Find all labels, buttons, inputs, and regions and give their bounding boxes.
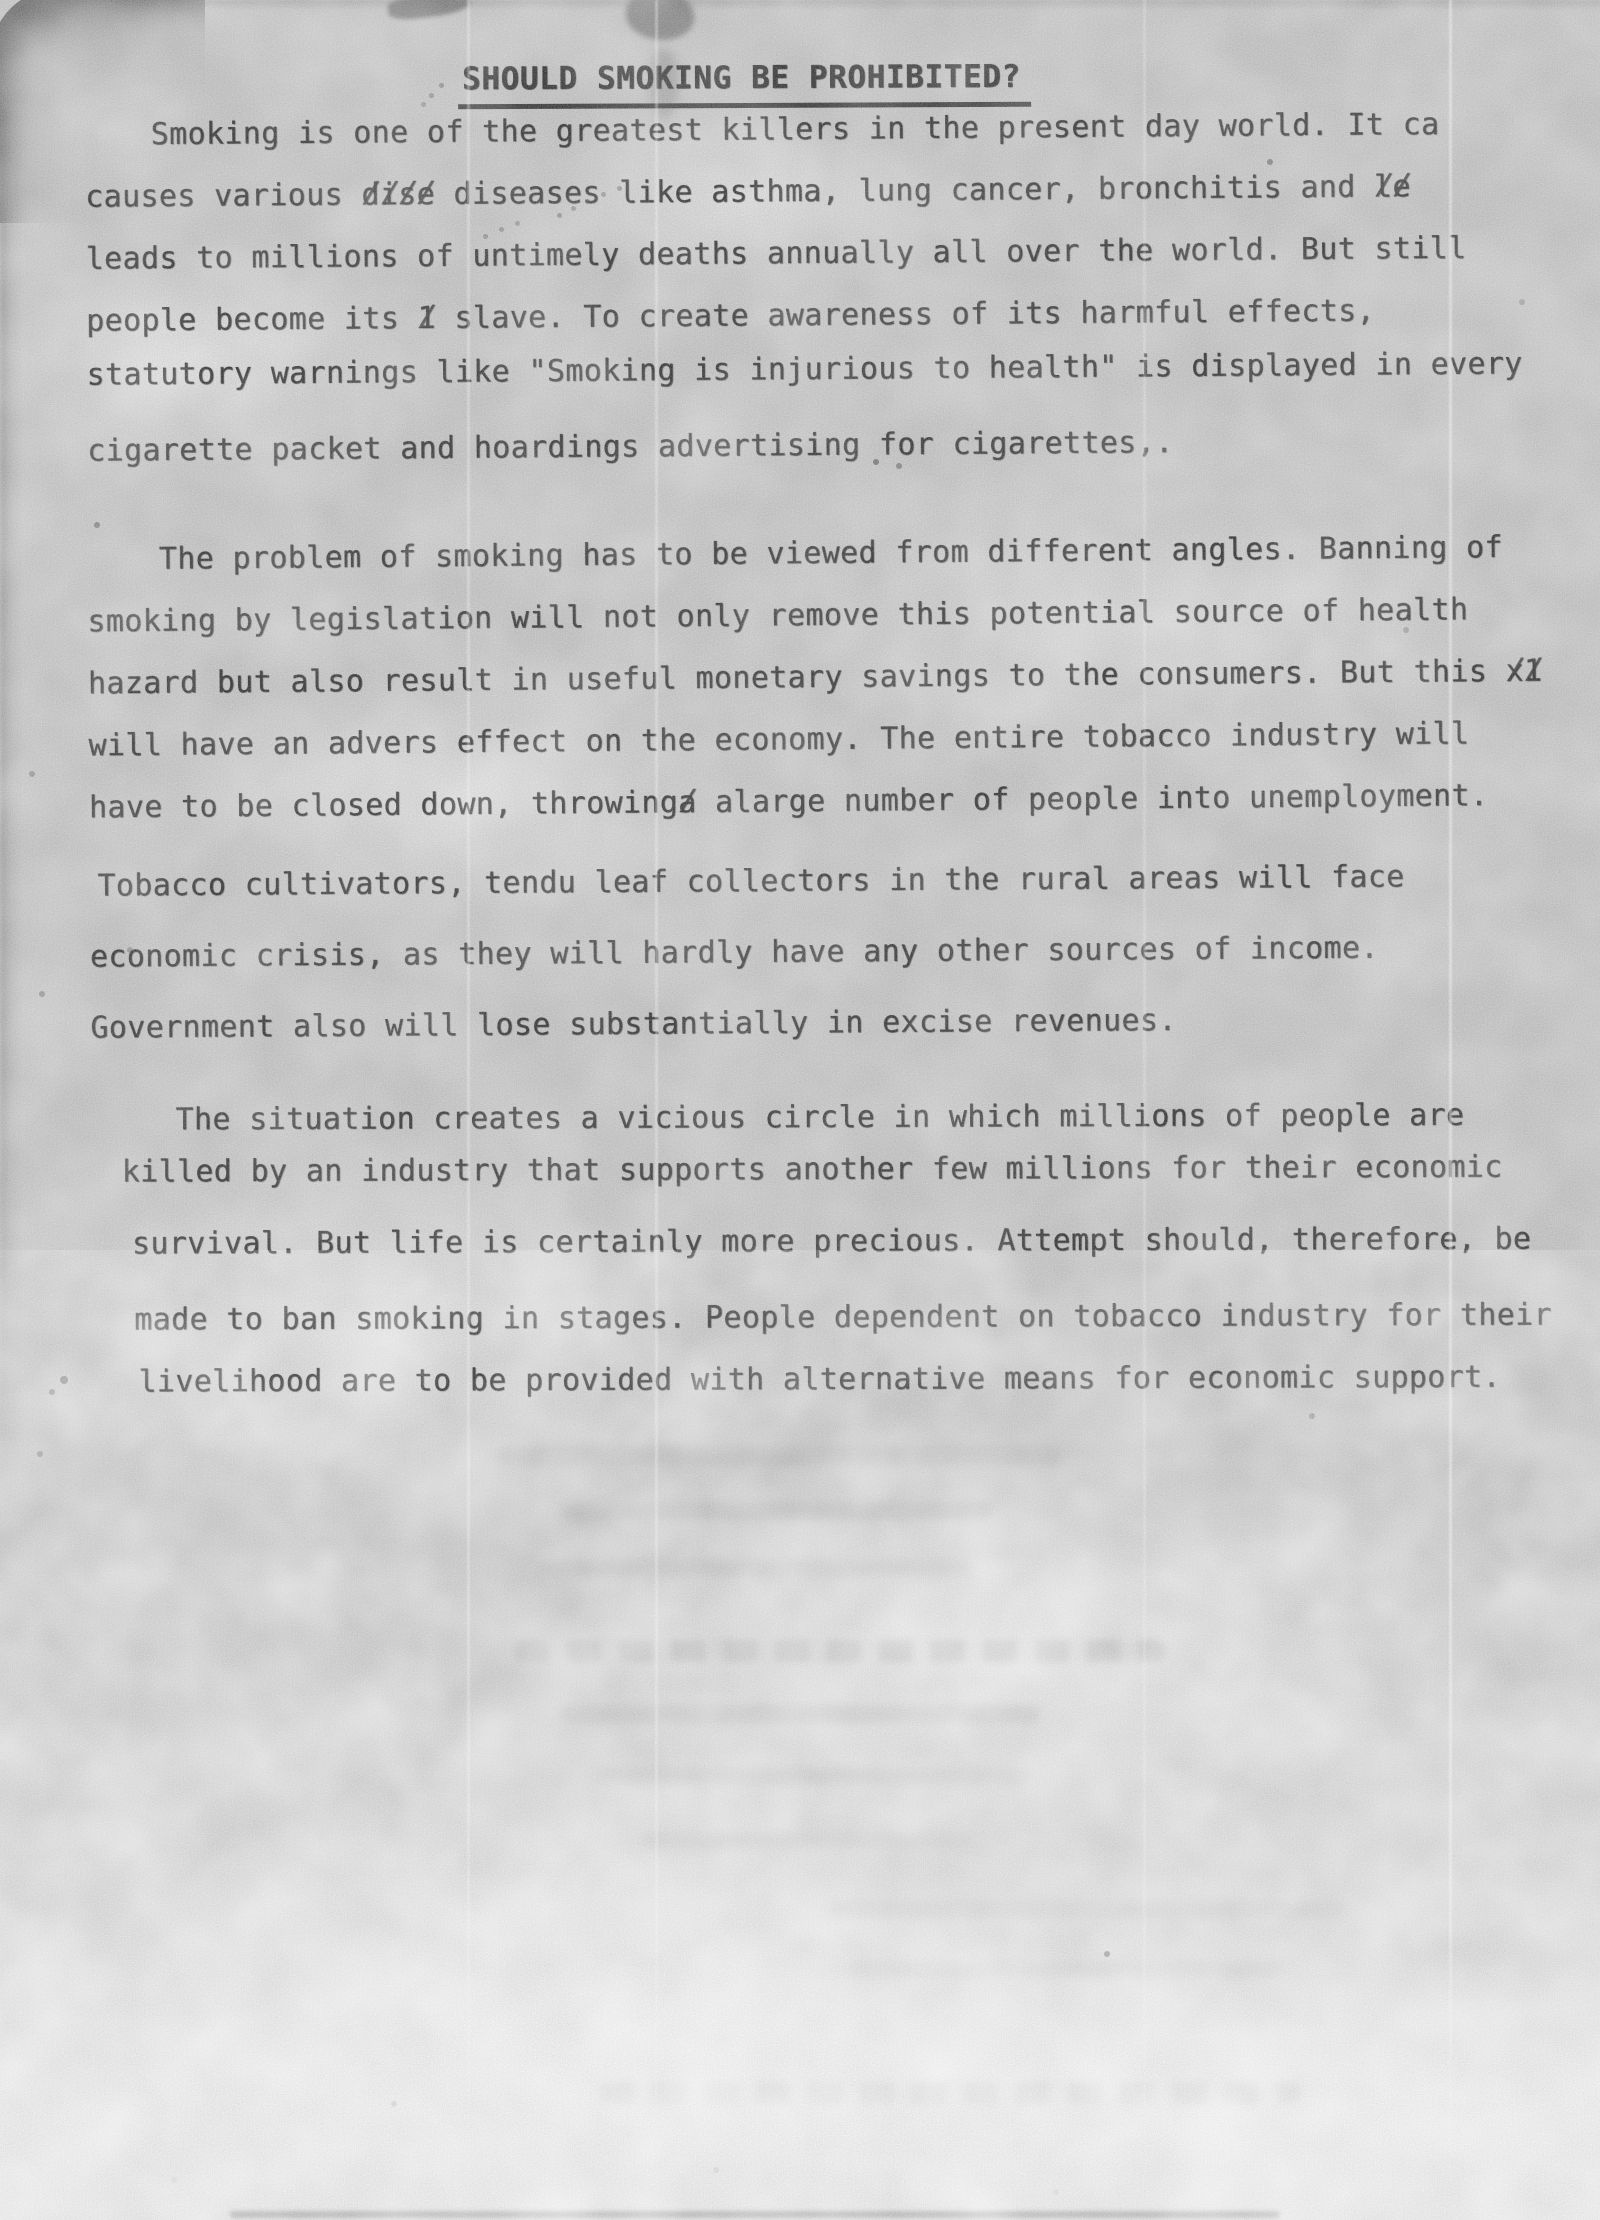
scan-streak (1143, 0, 1146, 2220)
text-line: Tobacco cultivators, tendu leaf collecto… (89, 859, 1405, 939)
struck-out-character: 1/ (417, 301, 436, 336)
struck-out-character: a/ (678, 785, 697, 820)
text-line: statutory warnings like "Smoking is inju… (86, 346, 1523, 419)
title-block: SHOULD SMOKING BE PROHIBITED? (458, 59, 1031, 97)
text-segment: made to ban smoking in stages. People de… (134, 1298, 1552, 1338)
text-line: economic crisis, as they will hardly hav… (90, 930, 1406, 1010)
typewritten-text: SHOULD SMOKING BE PROHIBITED? Smoking is… (0, 0, 1600, 2220)
text-segment: Tobacco cultivators, tendu leaf collecto… (97, 859, 1404, 903)
struck-out-character: e/ (416, 177, 435, 212)
struck-out-character: d/ (361, 177, 380, 212)
paragraph: The situation creates a vicious circle i… (121, 1098, 1552, 1427)
text-segment: killed by an industry that supports anot… (122, 1150, 1503, 1190)
text-segment: Smoking is one of the greatest killers i… (151, 107, 1440, 152)
text-segment: The situation creates a vicious circle i… (175, 1098, 1464, 1137)
text-segment: alarge number of people into unemploymen… (696, 778, 1488, 820)
text-line: killed by an industry that supports anot… (122, 1150, 1552, 1217)
text-segment: livelihood are to be provided with alter… (138, 1360, 1501, 1400)
struck-out-character: 1/ (1524, 654, 1543, 689)
text-segment: cigarette packet and hoardings advertisi… (87, 425, 1174, 469)
scan-streak (655, 0, 658, 2220)
paragraph: Smoking is one of the greatest killers i… (85, 106, 1524, 495)
text-line: have to be closed down, throwinga/ alarg… (89, 778, 1544, 853)
text-line: made to ban smoking in stages. People de… (122, 1298, 1552, 1365)
text-segment: Government also will lose substantially … (90, 1003, 1176, 1046)
text-line: causes various d/i/s/e/ diseases like as… (85, 168, 1522, 241)
struck-out-character: i/ (380, 177, 399, 212)
struck-out-character: e/ (1392, 169, 1411, 204)
text-line: Smoking is one of the greatest killers i… (85, 106, 1522, 179)
text-segment: The problem of smoking has to be viewed … (159, 530, 1503, 577)
text-line: cigarette packet and hoardings advertisi… (87, 422, 1524, 495)
page-bottom-fade (0, 1960, 1600, 2220)
page-bottom-shadow (230, 2211, 1280, 2218)
document-title: SHOULD SMOKING BE PROHIBITED? (458, 59, 1031, 109)
scanned-document-page: SHOULD SMOKING BE PROHIBITED? Smoking is… (0, 0, 1600, 2220)
text-line: livelihood are to be provided with alter… (122, 1360, 1552, 1427)
text-line: leads to millions of untimely deaths ann… (86, 230, 1523, 303)
ink-specks (0, 0, 4, 4)
text-line: Government also will lose substantially … (90, 1001, 1406, 1081)
struck-out-character: x/ (1505, 654, 1524, 689)
struck-out-character: s/ (398, 177, 417, 212)
text-segment: have to be closed down, throwing (89, 785, 678, 825)
scan-streak (467, 0, 470, 2220)
paragraph: The problem of smoking has to be viewed … (87, 530, 1544, 853)
text-segment: diseases like asthma, lung cancer, bronc… (435, 170, 1374, 212)
scan-streak (1449, 0, 1452, 2220)
text-segment: slave. To create awareness of its harmfu… (436, 294, 1375, 336)
paragraph: Tobacco cultivators, tendu leaf collecto… (89, 859, 1406, 1081)
text-segment: causes various (85, 177, 361, 214)
text-line: survival. But life is certainly more pre… (122, 1222, 1552, 1289)
text-segment: people become its (86, 301, 418, 339)
text-segment: survival. But life is certainly more pre… (132, 1222, 1531, 1262)
struck-out-character: l/ (1374, 169, 1393, 204)
